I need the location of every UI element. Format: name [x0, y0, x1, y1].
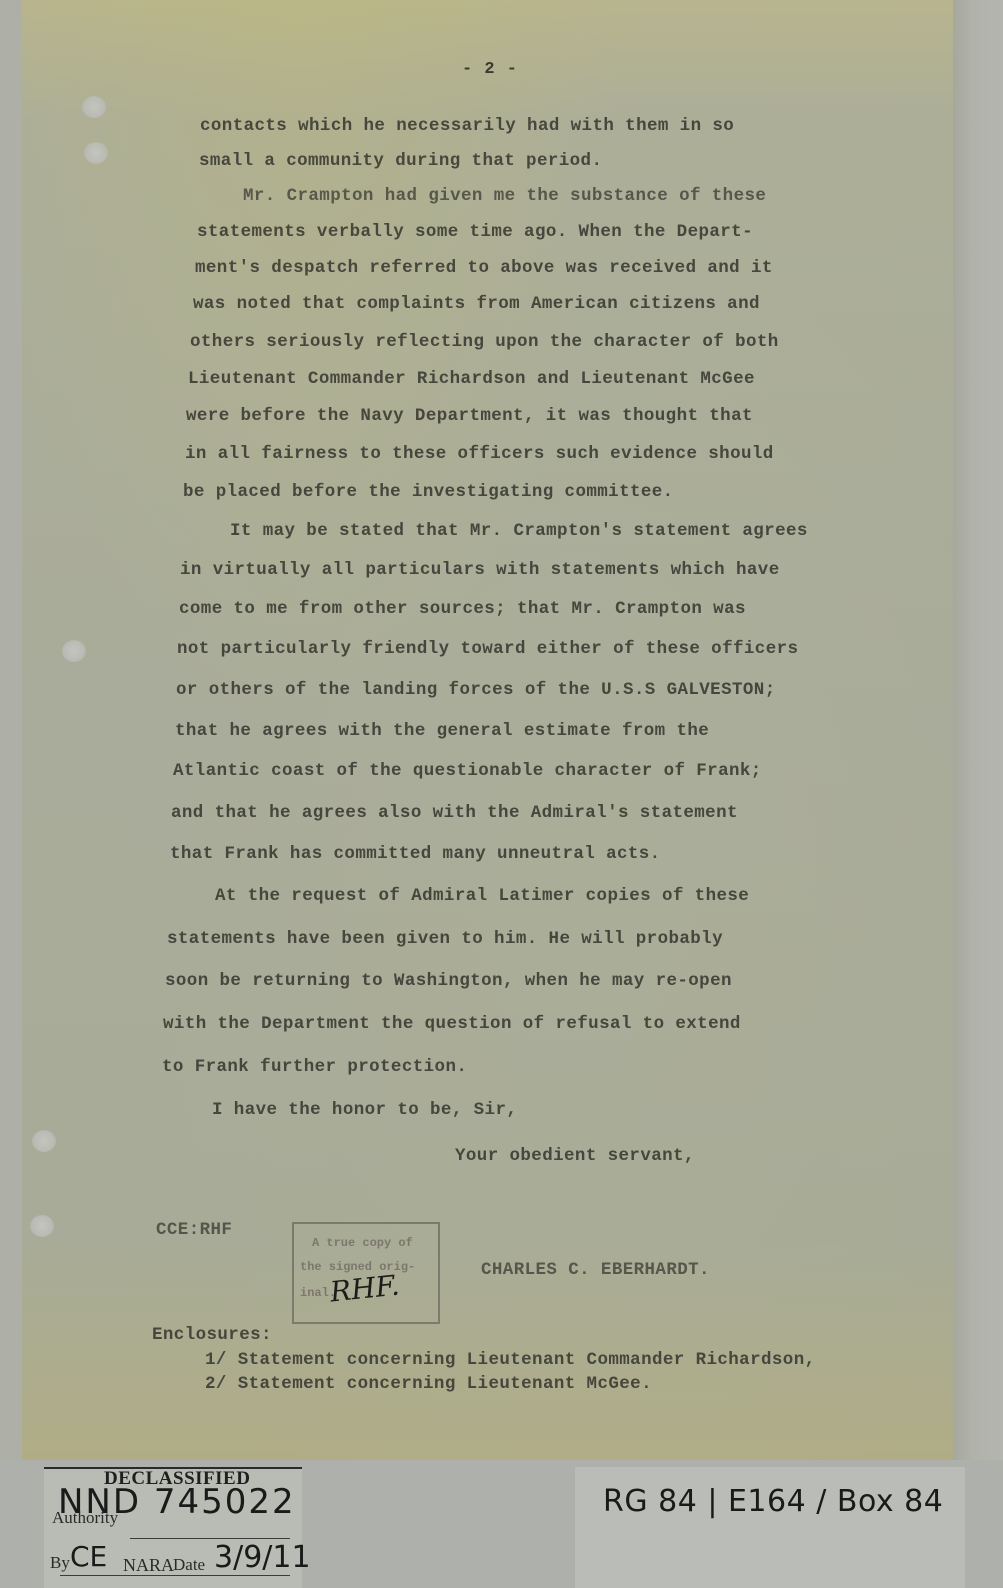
archive-reference: RG 84 | E164 / Box 84 — [603, 1484, 943, 1519]
by-value: CE — [70, 1540, 107, 1573]
body-line: were before the Navy Department, it was … — [186, 406, 753, 426]
body-line: Lieutenant Commander Richardson and Lieu… — [188, 369, 755, 389]
complimentary-close: Your obedient servant, — [455, 1146, 695, 1166]
body-line: or others of the landing forces of the U… — [176, 680, 776, 700]
salutation: I have the honor to be, Sir, — [212, 1100, 517, 1120]
body-line: was noted that complaints from American … — [193, 294, 760, 314]
signatory-name: CHARLES C. EBERHARDT. — [481, 1260, 710, 1280]
page-number: - 2 - — [462, 60, 518, 79]
reference-initials: CCE:RHF — [156, 1220, 232, 1240]
body-line: that he agrees with the general estimate… — [175, 721, 709, 741]
body-line: with the Department the question of refu… — [163, 1014, 741, 1034]
body-line: and that he agrees also with the Admiral… — [171, 803, 738, 823]
body-line: not particularly friendly toward either … — [177, 639, 798, 659]
body-line: statements verbally some time ago. When … — [197, 222, 753, 242]
body-line: come to me from other sources; that Mr. … — [179, 599, 746, 619]
body-line: Mr. Crampton had given me the substance … — [243, 186, 766, 206]
enclosure-item: 1/ Statement concerning Lieutenant Comma… — [205, 1350, 816, 1370]
body-line: to Frank further protection. — [162, 1057, 467, 1077]
authority-underline — [130, 1538, 290, 1539]
by-underline — [60, 1575, 290, 1576]
body-line: in all fairness to these officers such e… — [185, 444, 774, 464]
body-line: soon be returning to Washington, when he… — [165, 971, 732, 991]
body-line: in virtually all particulars with statem… — [180, 560, 780, 580]
body-line: small a community during that period. — [199, 151, 602, 171]
date-label: Date — [173, 1555, 205, 1575]
stamp-line: A true copy of — [312, 1236, 413, 1250]
punch-hole — [84, 142, 108, 164]
punch-hole — [32, 1130, 56, 1152]
background-left-edge — [0, 0, 22, 1460]
body-line: be placed before the investigating commi… — [183, 482, 674, 502]
authority-value: NND 745022 — [58, 1482, 296, 1522]
body-line: It may be stated that Mr. Crampton's sta… — [230, 521, 808, 541]
by-label: By — [50, 1553, 70, 1573]
body-line: that Frank has committed many unneutral … — [170, 844, 661, 864]
punch-hole — [82, 96, 106, 118]
date-value: 3/9/11 — [214, 1540, 311, 1575]
body-line: others seriously reflecting upon the cha… — [190, 332, 779, 352]
background-right-edge — [953, 0, 1003, 1460]
body-line: Atlantic coast of the questionable chara… — [173, 761, 762, 781]
agency-label: NARA — [123, 1555, 174, 1576]
body-line: contacts which he necessarily had with t… — [200, 116, 734, 136]
punch-hole — [30, 1215, 54, 1237]
enclosures-heading: Enclosures: — [152, 1325, 272, 1345]
body-line: At the request of Admiral Latimer copies… — [215, 886, 749, 906]
punch-hole — [62, 640, 86, 662]
body-line: statements have been given to him. He wi… — [167, 929, 723, 949]
body-line: ment's despatch referred to above was re… — [195, 258, 773, 278]
enclosure-item: 2/ Statement concerning Lieutenant McGee… — [205, 1374, 652, 1394]
